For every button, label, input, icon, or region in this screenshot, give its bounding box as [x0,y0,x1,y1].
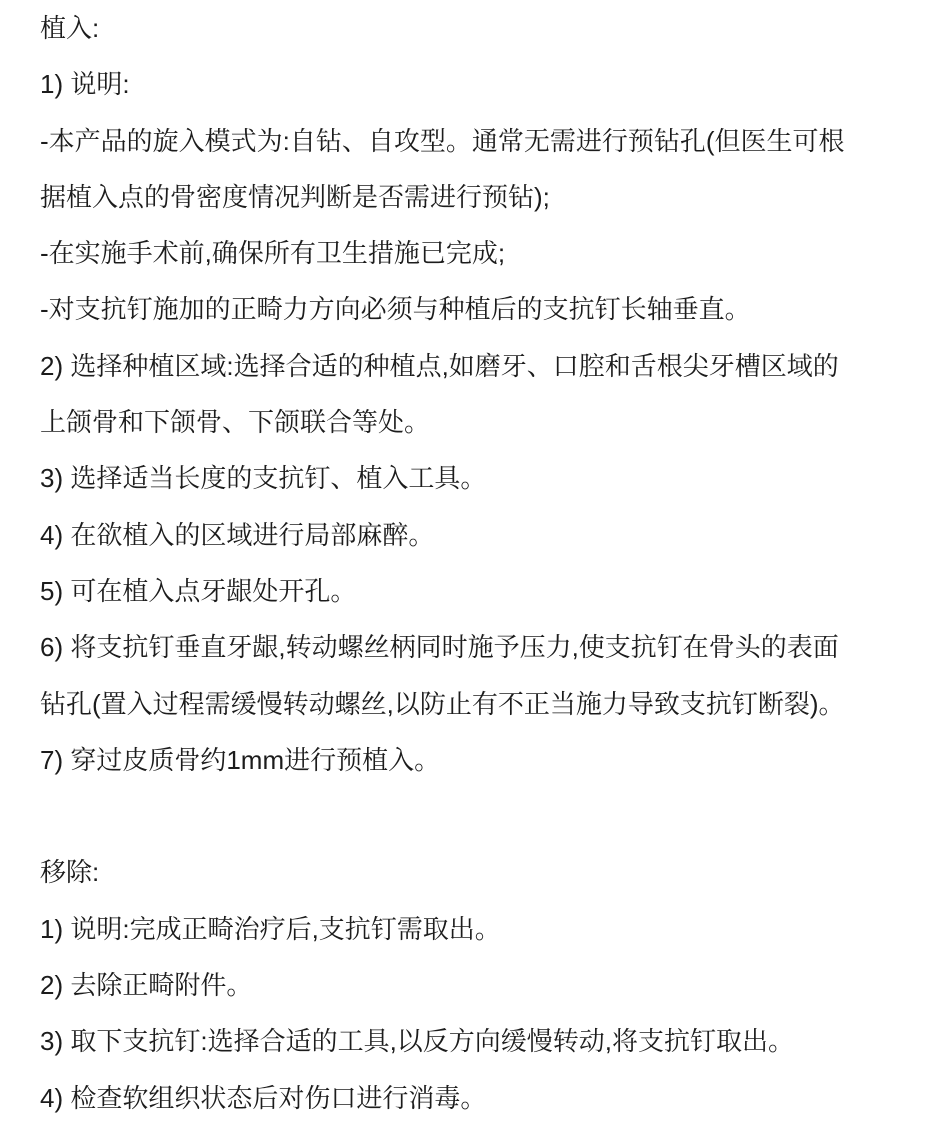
section-heading: 植入: [40,0,908,56]
text-line: 钻孔(置入过程需缓慢转动螺丝,以防止有不正当施力导致支抗钉断裂)。 [40,676,908,732]
text-line: -对支抗钉施加的正畸力方向必须与种植后的支抗钉长轴垂直。 [40,281,908,337]
section-heading: 移除: [40,844,908,900]
text-line: 4) 检查软组织状态后对伤口进行消毒。 [40,1070,908,1126]
text-line: 上颌骨和下颌骨、下颌联合等处。 [40,394,908,450]
text-line: 2) 去除正畸附件。 [40,957,908,1013]
text-line: 据植入点的骨密度情况判断是否需进行预钻); [40,169,908,225]
text-line: 4) 在欲植入的区域进行局部麻醉。 [40,507,908,563]
section-implantation: 植入: 1) 说明: -本产品的旋入模式为:自钻、自攻型。通常无需进行预钻孔(但… [40,0,908,788]
text-line: 1) 说明: [40,56,908,112]
text-line: 5) 可在植入点牙龈处开孔。 [40,563,908,619]
section-gap [40,788,908,844]
text-line: -在实施手术前,确保所有卫生措施已完成; [40,225,908,281]
document-page: 植入: 1) 说明: -本产品的旋入模式为:自钻、自攻型。通常无需进行预钻孔(但… [0,0,948,1136]
text-line: 1) 说明:完成正畸治疗后,支抗钉需取出。 [40,901,908,957]
text-line: 2) 选择种植区域:选择合适的种植点,如磨牙、口腔和舌根尖牙槽区域的 [40,338,908,394]
text-line: 3) 选择适当长度的支抗钉、植入工具。 [40,450,908,506]
text-line: -本产品的旋入模式为:自钻、自攻型。通常无需进行预钻孔(但医生可根 [40,113,908,169]
text-line: 7) 穿过皮质骨约1mm进行预植入。 [40,732,908,788]
text-line: 6) 将支抗钉垂直牙龈,转动螺丝柄同时施予压力,使支抗钉在骨头的表面 [40,619,908,675]
section-removal: 移除: 1) 说明:完成正畸治疗后,支抗钉需取出。 2) 去除正畸附件。 3) … [40,844,908,1125]
text-line: 3) 取下支抗钉:选择合适的工具,以反方向缓慢转动,将支抗钉取出。 [40,1013,908,1069]
